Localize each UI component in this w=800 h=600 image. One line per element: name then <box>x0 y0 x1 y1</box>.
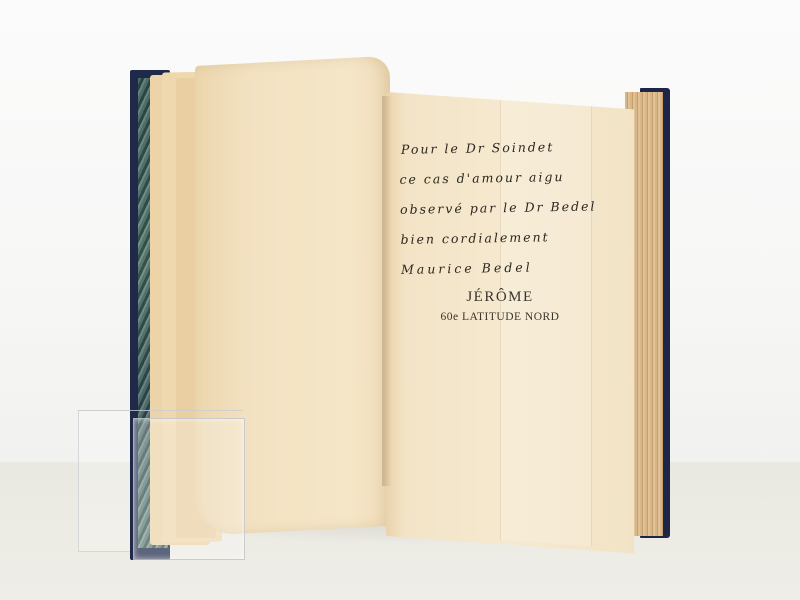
dedication-line: observé par le Dr Bedel <box>400 191 620 225</box>
acrylic-stand-back <box>78 410 134 552</box>
dedication-signature: Maurice Bedel <box>401 251 621 285</box>
acrylic-stand-top-edge <box>70 410 243 419</box>
dedication-line: Pour le Dr Soindet <box>399 131 619 165</box>
dedication-line: ce cas d'amour aigu <box>399 161 619 195</box>
printed-title-block: JÉRÔME 60e LATITUDE NORD <box>430 288 570 326</box>
acrylic-stand-front <box>133 418 245 560</box>
book-gutter <box>382 96 392 486</box>
dedication-line: bien cordialement <box>400 221 620 255</box>
book-title: JÉRÔME <box>430 288 570 306</box>
handwritten-dedication: Pour le Dr Soindet ce cas d'amour aigu o… <box>399 131 622 285</box>
book-subtitle: 60e LATITUDE NORD <box>430 308 570 326</box>
